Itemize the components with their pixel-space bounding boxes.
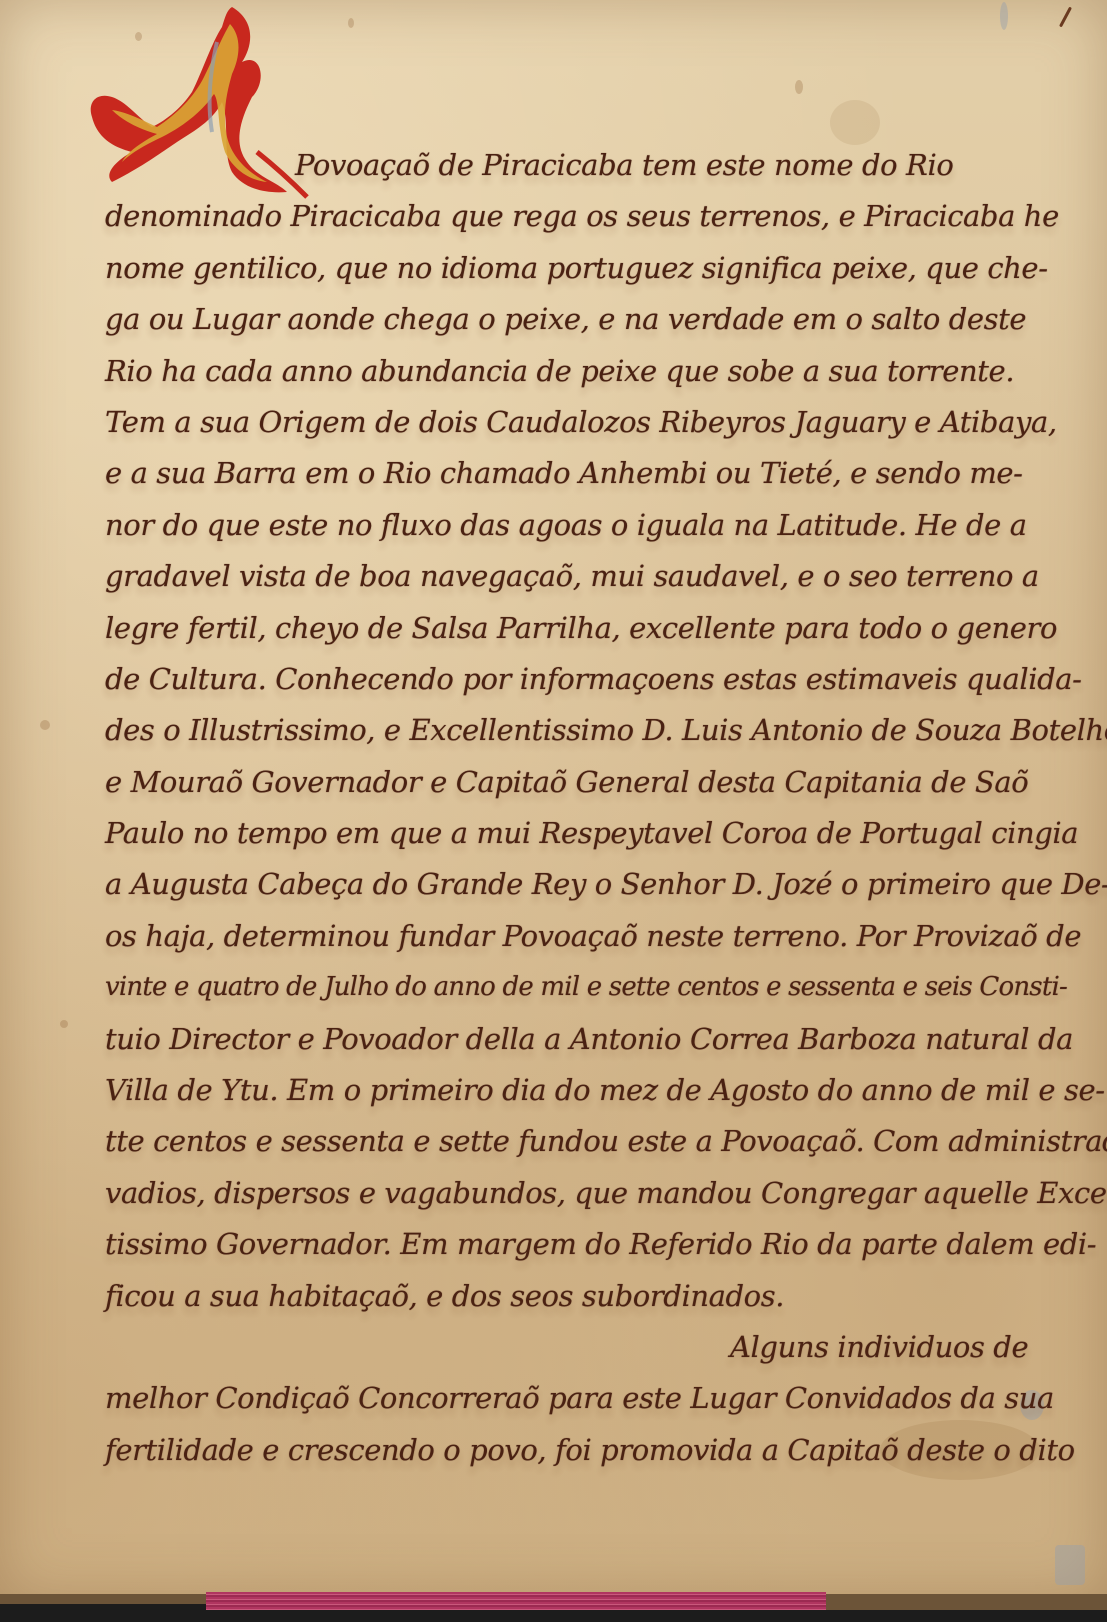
- text-line: Paulo no tempo em que a mui Respeytavel …: [105, 808, 1080, 859]
- corner-folio-mark: [1059, 7, 1072, 28]
- text-line: denominado Piracicaba que rega os seus t…: [105, 191, 1080, 242]
- text-line: ga ou Lugar aonde chega o peixe, e na ve…: [105, 294, 1080, 345]
- text-line: tte centos e sessenta e sette fundou est…: [105, 1116, 1080, 1167]
- text-line: a Augusta Cabeça do Grande Rey o Senhor …: [105, 859, 1080, 910]
- water-mark: [1055, 1545, 1085, 1585]
- manuscript-text: Povoaçaõ de Piracicaba tem este nome do …: [105, 140, 1080, 1476]
- text-line: tissimo Governador. Em margem do Referid…: [105, 1219, 1080, 1270]
- text-line: fertilidade e crescendo o povo, foi prom…: [105, 1425, 1080, 1476]
- water-mark: [1000, 2, 1008, 30]
- binding-edge: [826, 1594, 1107, 1610]
- text-line: tuio Director e Povoador della a Antonio…: [105, 1014, 1080, 1065]
- bookmark-ribbon: [206, 1592, 826, 1610]
- stain: [60, 1020, 68, 1028]
- binding-edge: [0, 1594, 206, 1604]
- text-line: des o Illustrissimo, e Excellentissimo D…: [105, 705, 1080, 756]
- stain: [348, 18, 354, 28]
- text-line: Villa de Ytu. Em o primeiro dia do mez d…: [105, 1065, 1080, 1116]
- text-line: ficou a sua habitaçaõ, e dos seos subord…: [105, 1271, 1080, 1322]
- stain: [795, 80, 803, 94]
- text-line: Tem a sua Origem de dois Caudalozos Ribe…: [105, 397, 1080, 448]
- manuscript-page: Povoaçaõ de Piracicaba tem este nome do …: [0, 0, 1107, 1600]
- text-line: e a sua Barra em o Rio chamado Anhembi o…: [105, 448, 1080, 499]
- text-line: vadios, dispersos e vagabundos, que mand…: [105, 1168, 1080, 1219]
- text-line: Povoaçaõ de Piracicaba tem este nome do …: [105, 140, 1080, 191]
- text-line: nome gentilico, que no idioma portuguez …: [105, 243, 1080, 294]
- text-line: de Cultura. Conhecendo por informaçoens …: [105, 654, 1080, 705]
- text-line: melhor Condiçaõ Concorreraõ para este Lu…: [105, 1373, 1080, 1424]
- stain: [40, 720, 50, 730]
- paragraph-start-line: Alguns individuos de: [105, 1322, 1080, 1373]
- text-line: e Mouraõ Governador e Capitaõ General de…: [105, 757, 1080, 808]
- text-line: Rio ha cada anno abundancia de peixe que…: [105, 346, 1080, 397]
- text-line: legre fertil, cheyo de Salsa Parrilha, e…: [105, 603, 1080, 654]
- text-line: vinte e quatro de Julho do anno de mil e…: [105, 962, 1080, 1013]
- text-line: os haja, determinou fundar Povoaçaõ nest…: [105, 911, 1080, 962]
- stain: [830, 100, 880, 145]
- text-line: nor do que este no fluxo das agoas o igu…: [105, 500, 1080, 551]
- text-line: gradavel vista de boa navegaçaõ, mui sau…: [105, 551, 1080, 602]
